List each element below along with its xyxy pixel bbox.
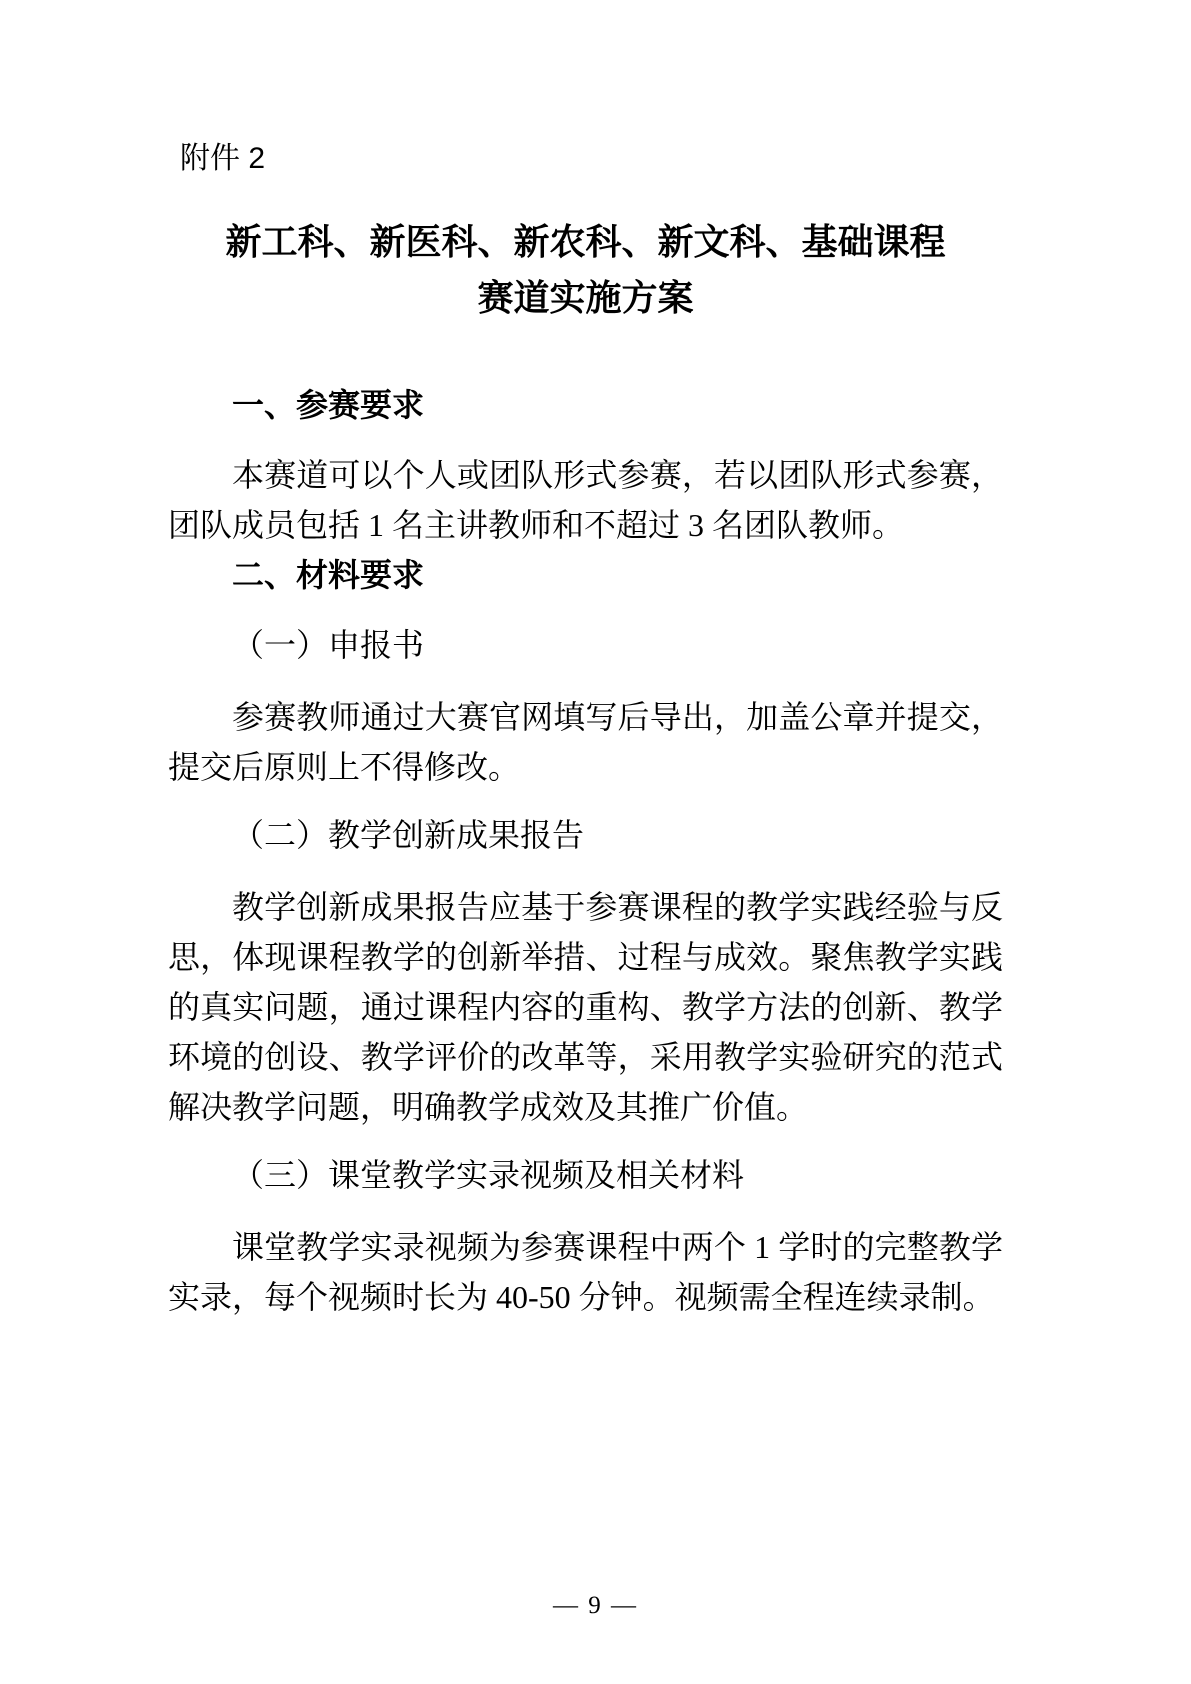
section-2-heading: 二、材料要求 <box>168 550 1003 600</box>
page-number: — 9 — <box>553 1592 638 1619</box>
subsection-1-heading: （一）申报书 <box>168 620 1003 670</box>
subsection-1-paragraph: 参赛教师通过大赛官网填写后导出，加盖公章并提交，提交后原则上不得修改。 <box>168 692 1003 792</box>
section-1-heading: 一、参赛要求 <box>168 380 1003 430</box>
document-title: 新工科、新医科、新农科、新文科、基础课程 赛道实施方案 <box>168 214 1003 326</box>
document-body: 一、参赛要求 本赛道可以个人或团队形式参赛，若以团队形式参赛，团队成员包括 1 … <box>168 380 1003 1322</box>
document-title-line-1: 新工科、新医科、新农科、新文科、基础课程 <box>168 214 1003 270</box>
subsection-2-heading: （二）教学创新成果报告 <box>168 810 1003 860</box>
page-footer: — 9 — <box>0 1592 1191 1620</box>
subsection-3-paragraph: 课堂教学实录视频为参赛课程中两个 1 学时的完整教学实录，每个视频时长为 40-… <box>168 1222 1003 1322</box>
subsection-3-heading: （三）课堂教学实录视频及相关材料 <box>168 1150 1003 1200</box>
subsection-2-paragraph: 教学创新成果报告应基于参赛课程的教学实践经验与反思，体现课程教学的创新举措、过程… <box>168 882 1003 1132</box>
document-page: 附件 2 新工科、新医科、新农科、新文科、基础课程 赛道实施方案 一、参赛要求 … <box>0 0 1191 1684</box>
document-title-line-2: 赛道实施方案 <box>168 270 1003 326</box>
attachment-label: 附件 2 <box>180 140 1003 178</box>
section-1-paragraph: 本赛道可以个人或团队形式参赛，若以团队形式参赛，团队成员包括 1 名主讲教师和不… <box>168 450 1003 550</box>
